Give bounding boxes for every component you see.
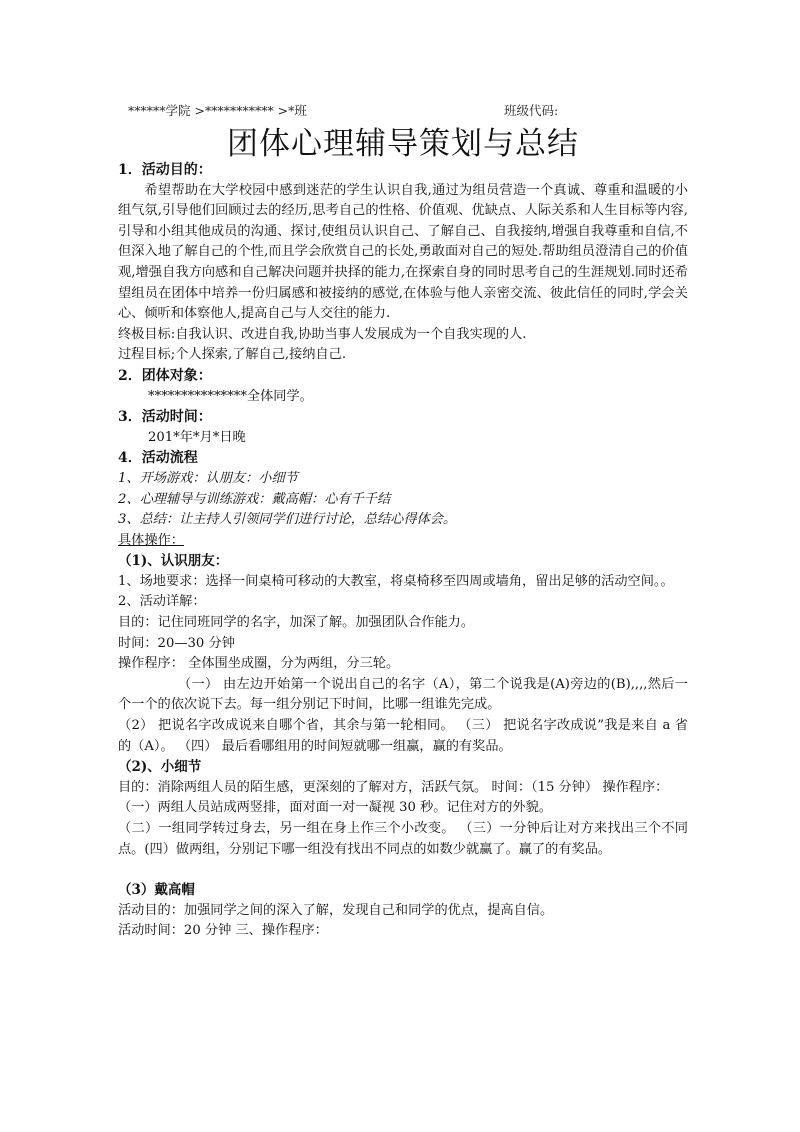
purpose-paragraph: 希望帮助在大学校园中感到迷茫的学生认识自我,通过为组员营造一个真诚、尊重和温暖的…: [118, 181, 688, 325]
activity-heading-high-hat: （3）戴高帽: [118, 880, 688, 901]
heading-text: 团体对象：: [142, 368, 212, 384]
activity1-purpose: 目的：记住同班同学的名字，加深了解。加强团队合作能力。: [118, 613, 688, 634]
heading-number: 2．: [118, 368, 142, 384]
activity1-time: 时间：20—30 分钟: [118, 634, 688, 655]
flow-item: 3、总结：让主持人引领同学们进行讨论，总结心得体会。: [118, 510, 688, 531]
activity3-time: 活动时间：20 分钟 三、操作程序：: [118, 921, 688, 942]
document-body: 1．活动目的： 希望帮助在大学校园中感到迷茫的学生认识自我,通过为组员营造一个真…: [118, 160, 688, 942]
heading-number: 1．: [118, 162, 142, 178]
venue-requirement: 1、场地要求：选择一间桌椅可移动的大教室，将桌椅移至四周或墙角，留出足够的活动空…: [118, 572, 688, 593]
heading-number: 3．: [118, 409, 142, 425]
heading-text: 活动时间：: [142, 409, 212, 425]
activity2-step2: （二）一组同学转过身去，另一组在身上作三个小改变。 （三）一分钟后让对方来找出三…: [118, 819, 688, 860]
activity2-step1: （一）两组人员站成两竖排，面对面一对一凝视 30 秒。记住对方的外貌。: [118, 798, 688, 819]
header-line: ******学院 >*********** >*班 班级代码:: [128, 101, 688, 119]
target-content: ***************全体同学。: [118, 387, 688, 408]
document-title: 团体心理辅导策划与总结: [118, 118, 688, 163]
class-code-label: 班级代码:: [504, 101, 558, 119]
activity-heading-know-friends: （1)、认识朋友：: [118, 551, 688, 572]
heading-number: 4．: [118, 450, 142, 466]
section-heading-time: 3．活动时间：: [118, 407, 688, 428]
section-heading-target: 2．团体对象：: [118, 366, 688, 387]
details-label: 具体操作：: [118, 533, 184, 548]
heading-text: 活动流程: [142, 450, 198, 466]
activity-heading-small-details: （2)、小细节: [118, 757, 688, 778]
activity1-procedure: 操作程序： 全体围坐成圈，分为两组，分三轮。: [118, 654, 688, 675]
flow-item: 2、心理辅导与训练游戏：戴高帽：心有千千结: [118, 490, 688, 511]
flow-item: 1、开场游戏：认朋友：小细节: [118, 469, 688, 490]
section-heading-purpose: 1．活动目的：: [118, 160, 688, 181]
ultimate-goal: 终极目标:自我认识、改进自我,协助当事人发展成为一个自我实现的人.: [118, 325, 688, 346]
activity1-step1: （一） 由左边开始第一个说出自己的名字（A），第二个说我是(A)旁边的(B),,…: [118, 675, 688, 716]
activity2-purpose: 目的：消除两组人员的陌生感，更深刻的了解对方，活跃气氛。 时间：（15 分钟） …: [118, 778, 688, 799]
college-class-label: ******学院 >*********** >*班: [128, 103, 307, 118]
heading-text: 活动目的：: [142, 162, 212, 178]
time-content: 201*年*月*日晚: [118, 428, 688, 449]
section-heading-flow: 4．活动流程: [118, 448, 688, 469]
activity3-purpose: 活动目的：加强同学之间的深入了解，发现自己和同学的优点，提高自信。: [118, 901, 688, 922]
activity1-step2: （2） 把说名字改成说来自哪个省，其余与第一轮相同。 （三） 把说名字改成说”我…: [118, 716, 688, 757]
spacer: [118, 860, 688, 880]
activity-detail-label: 2、活动详解：: [118, 592, 688, 613]
process-goal: 过程目标;个人探索,了解自己,接纳自己.: [118, 345, 688, 366]
